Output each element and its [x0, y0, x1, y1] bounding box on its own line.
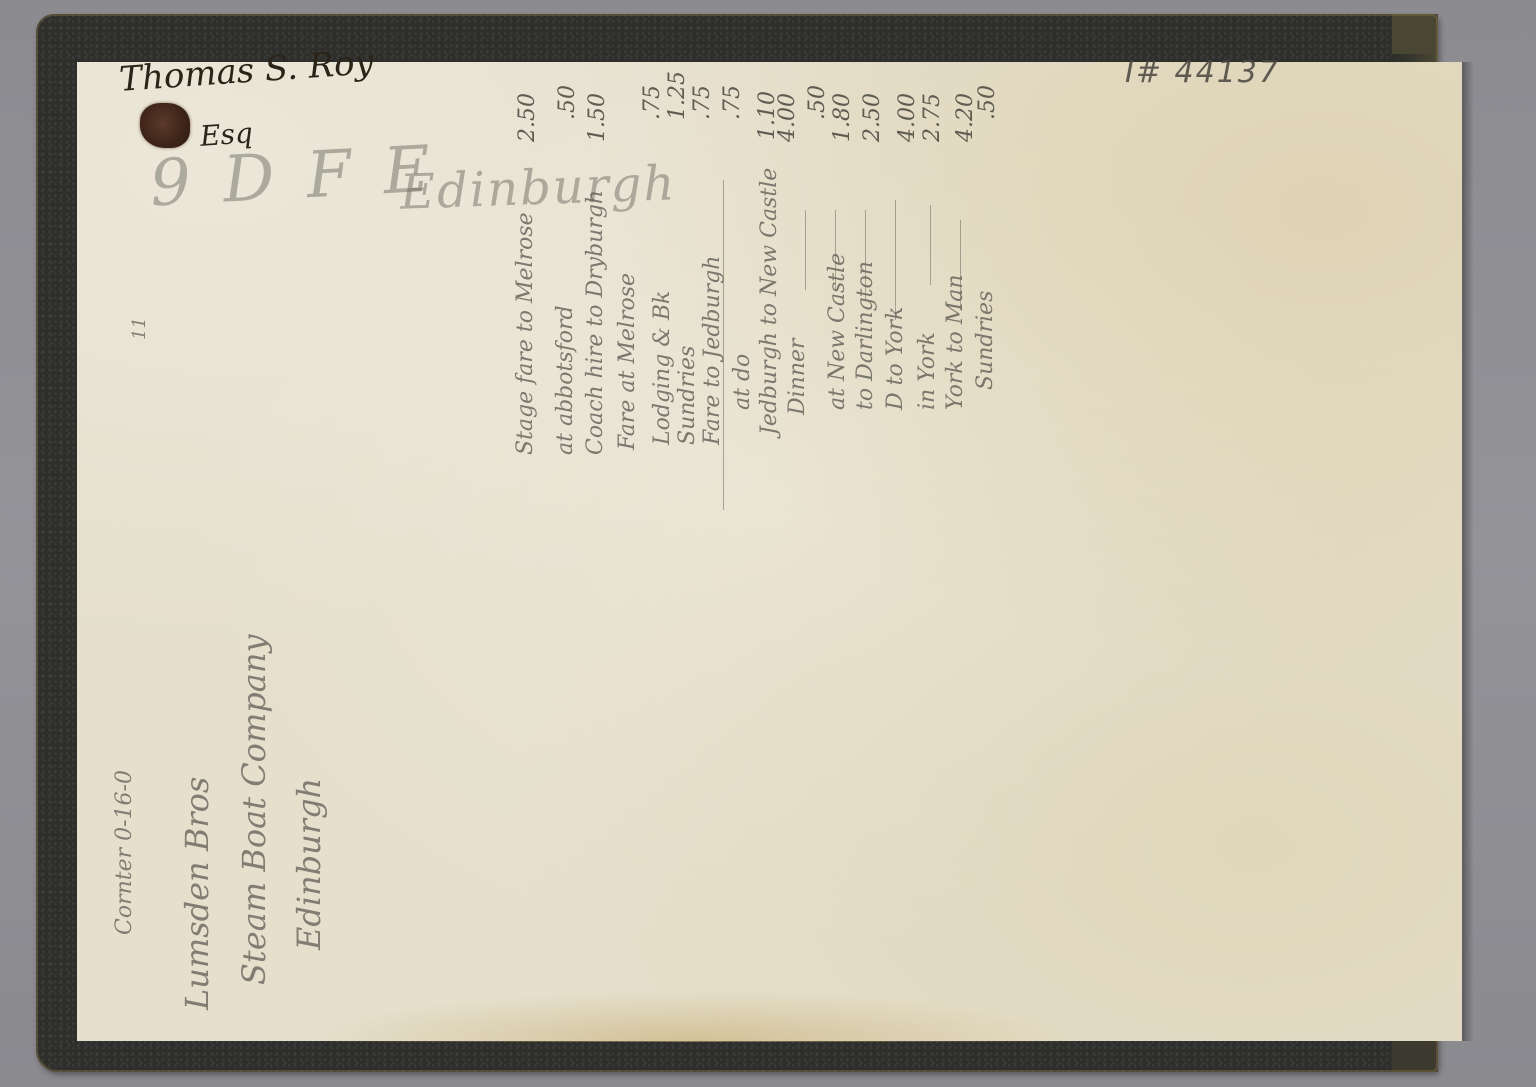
ledger-rule	[930, 205, 931, 285]
ledger-item-label: Fare at Melrose	[615, 273, 640, 450]
ledger-item-label: Stage fare to Melrose	[513, 212, 538, 455]
wax-seal-icon	[140, 103, 190, 148]
pencil-signature: 9 D F E	[148, 133, 438, 222]
ledger-item-amount: 1.50	[585, 93, 610, 142]
ledger-item-label: at abbotsford	[553, 305, 578, 455]
ledger-item-label: Dinner	[785, 338, 810, 415]
ledger-rule	[895, 200, 896, 320]
ledger-item-label: Coach hire to Dryburgh	[583, 190, 608, 455]
ledger-item-amount: 2.50	[860, 93, 885, 142]
ledger-rule	[835, 210, 836, 290]
ledger-rule	[960, 220, 961, 310]
page-edge-shadow	[1462, 62, 1474, 1041]
ledger-rule	[865, 210, 866, 300]
ledger-item-label: at New Castle	[825, 253, 850, 410]
ledger-item-amount: .50	[805, 85, 830, 120]
ledger-item-amount: .75	[720, 85, 745, 120]
catalog-number: I# 44137	[1125, 55, 1280, 90]
spine-corner-top	[1392, 14, 1438, 54]
ledger-item-label: in York	[915, 332, 940, 410]
ledger-rule	[805, 210, 806, 290]
ledger-item-amount: 4.00	[775, 93, 800, 142]
ledger-item-amount: .75	[690, 85, 715, 120]
ledger-item-label: Fare to Jedburgh	[700, 256, 725, 445]
left-note-line2: Steam Boat Company	[235, 634, 273, 985]
ledger-item-label: Lodging & Bk	[650, 291, 675, 445]
ledger-item-amount: .50	[975, 85, 1000, 120]
left-note-line3: Edinburgh	[290, 778, 328, 950]
ledger-item-label: Sundries	[675, 346, 700, 445]
ledger-item-amount: .75	[640, 85, 665, 120]
ledger-item-amount: 4.00	[895, 93, 920, 142]
water-stain	[300, 990, 1080, 1042]
ledger-item-amount: .50	[555, 85, 580, 120]
expense-ledger: Stage fare to Melrose 2.50 at abbotsford…	[505, 70, 1005, 520]
left-note-line0: Cornter 0-16-0	[112, 770, 137, 935]
margin-mark: 11	[129, 317, 150, 340]
ledger-item-amount: 2.50	[515, 93, 540, 142]
ledger-item-label: at do	[730, 354, 755, 410]
ledger-item-label: Jedburgh to New Castle	[757, 168, 782, 435]
left-note-line1: Lumsden Bros	[178, 777, 216, 1010]
ledger-item-label: D to York	[883, 307, 908, 410]
ledger-item-label: Sundries	[973, 291, 998, 390]
ledger-item-amount: 1.80	[830, 93, 855, 142]
ledger-item-amount: 2.75	[920, 93, 945, 142]
ledger-rule	[723, 180, 724, 510]
ledger-item-label: York to Man	[943, 274, 968, 410]
ledger-item-amount: 1.25	[665, 71, 690, 120]
